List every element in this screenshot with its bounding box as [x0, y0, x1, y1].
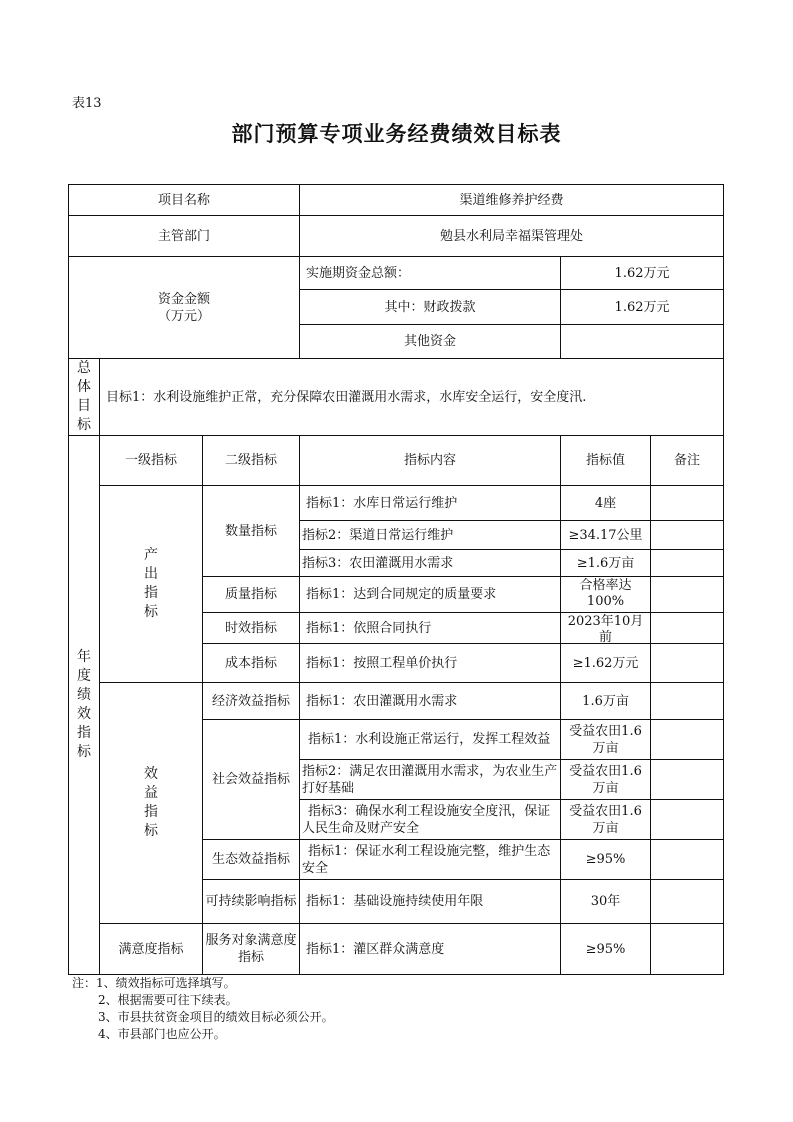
content-cell: 指标1：农田灌溉用水需求 — [300, 683, 561, 720]
level2-cell: 数量指标 — [203, 486, 300, 577]
performance-goal-table: 项目名称 渠道维修养护经费 主管部门 勉县水利局幸福渠管理处 资金金额 （万元）… — [68, 184, 724, 975]
note-cell — [651, 840, 724, 880]
level2-cell: 可持续影响指标 — [203, 880, 300, 924]
note-cell — [651, 521, 724, 550]
note-line: 2、根据需要可往下续表。 — [72, 992, 334, 1009]
header-value: 指标值 — [561, 436, 651, 486]
funds-label: 资金金额 （万元） — [69, 257, 300, 359]
header-content: 指标内容 — [300, 436, 561, 486]
value-cell: ≥1.62万元 — [561, 644, 651, 683]
value-cell: 受益农田1.6万亩 — [561, 760, 651, 800]
value-cell: 1.6万亩 — [561, 683, 651, 720]
note-cell — [651, 486, 724, 521]
value-cell: ≥34.17公里 — [561, 521, 651, 550]
content-cell: 指标1：保证水利工程设施完整，维护生态安全 — [300, 840, 561, 880]
content-cell: 指标2：满足农田灌溉用水需求，为农业生产打好基础 — [300, 760, 561, 800]
note-cell — [651, 924, 724, 975]
value-cell: ≥95% — [561, 840, 651, 880]
content-cell: 指标3：农田灌溉用水需求 — [300, 550, 561, 577]
funds-total-label: 实施期资金总额： — [300, 257, 561, 290]
value-cell: ≥95% — [561, 924, 651, 975]
level2-cell: 经济效益指标 — [203, 683, 300, 720]
value-cell: 受益农田1.6万亩 — [561, 720, 651, 760]
note-cell — [651, 720, 724, 760]
level2-cell: 社会效益指标 — [203, 720, 300, 840]
level2-cell: 生态效益指标 — [203, 840, 300, 880]
content-cell: 指标1：水利设施正常运行，发挥工程效益 — [300, 720, 561, 760]
output-indicators-label: 产出指标 — [100, 486, 203, 683]
value-cell: 合格率达100% — [561, 577, 651, 613]
value-cell: ≥1.6万亩 — [561, 550, 651, 577]
note-line: 注：1、绩效指标可选择填写。 — [72, 975, 334, 992]
content-cell: 指标3：确保水利工程设施安全度汛，保证人民生命及财产安全 — [300, 800, 561, 840]
content-cell: 指标1：基础设施持续使用年限 — [300, 880, 561, 924]
header-level1: 一级指标 — [100, 436, 203, 486]
annual-indicators-label: 年度绩效指标 — [69, 436, 100, 975]
project-name-value: 渠道维修养护经费 — [300, 185, 724, 216]
level2-cell: 质量指标 — [203, 577, 300, 613]
funds-other-value — [561, 325, 724, 359]
content-cell: 指标1：灌区群众满意度 — [300, 924, 561, 975]
note-cell — [651, 800, 724, 840]
value-cell: 受益农田1.6万亩 — [561, 800, 651, 840]
note-line: 3、市县扶贫资金项目的绩效目标必须公开。 — [72, 1009, 334, 1026]
note-cell — [651, 613, 724, 644]
content-cell: 指标1：水库日常运行维护 — [300, 486, 561, 521]
content-cell: 指标1：达到合同规定的质量要求 — [300, 577, 561, 613]
note-cell — [651, 577, 724, 613]
funds-label-line1: 资金金额 — [71, 291, 297, 308]
page-title: 部门预算专项业务经费绩效目标表 — [0, 118, 793, 148]
note-cell — [651, 880, 724, 924]
level2-cell: 服务对象满意度指标 — [203, 924, 300, 975]
funds-total-value: 1.62万元 — [561, 257, 724, 290]
header-note: 备注 — [651, 436, 724, 486]
content-cell: 指标1：依照合同执行 — [300, 613, 561, 644]
overall-goal-text: 目标1：水利设施维护正常，充分保障农田灌溉用水需求，水库安全运行，安全度汛. — [100, 359, 724, 436]
satisfaction-indicators-label: 满意度指标 — [100, 924, 203, 975]
value-cell: 2023年10月前 — [561, 613, 651, 644]
benefit-indicators-label: 效益指标 — [100, 683, 203, 924]
notes: 注：1、绩效指标可选择填写。 2、根据需要可往下续表。 3、市县扶贫资金项目的绩… — [72, 975, 334, 1043]
form-number: 表13 — [72, 92, 102, 111]
dept-label: 主管部门 — [69, 216, 300, 257]
value-cell: 4座 — [561, 486, 651, 521]
funds-other-label: 其他资金 — [300, 325, 561, 359]
value-cell: 30年 — [561, 880, 651, 924]
dept-value: 勉县水利局幸福渠管理处 — [300, 216, 724, 257]
note-line: 4、市县部门也应公开。 — [72, 1026, 334, 1043]
content-cell: 指标1：按照工程单价执行 — [300, 644, 561, 683]
funds-fiscal-label: 其中：财政拨款 — [300, 290, 561, 325]
level2-cell: 时效指标 — [203, 613, 300, 644]
funds-label-line2: （万元） — [71, 308, 297, 325]
level2-cell: 成本指标 — [203, 644, 300, 683]
overall-goal-label: 总体目标 — [69, 359, 100, 436]
project-name-label: 项目名称 — [69, 185, 300, 216]
content-cell: 指标2：渠道日常运行维护 — [300, 521, 561, 550]
header-level2: 二级指标 — [203, 436, 300, 486]
note-cell — [651, 550, 724, 577]
funds-fiscal-value: 1.62万元 — [561, 290, 724, 325]
note-cell — [651, 683, 724, 720]
note-cell — [651, 760, 724, 800]
note-cell — [651, 644, 724, 683]
